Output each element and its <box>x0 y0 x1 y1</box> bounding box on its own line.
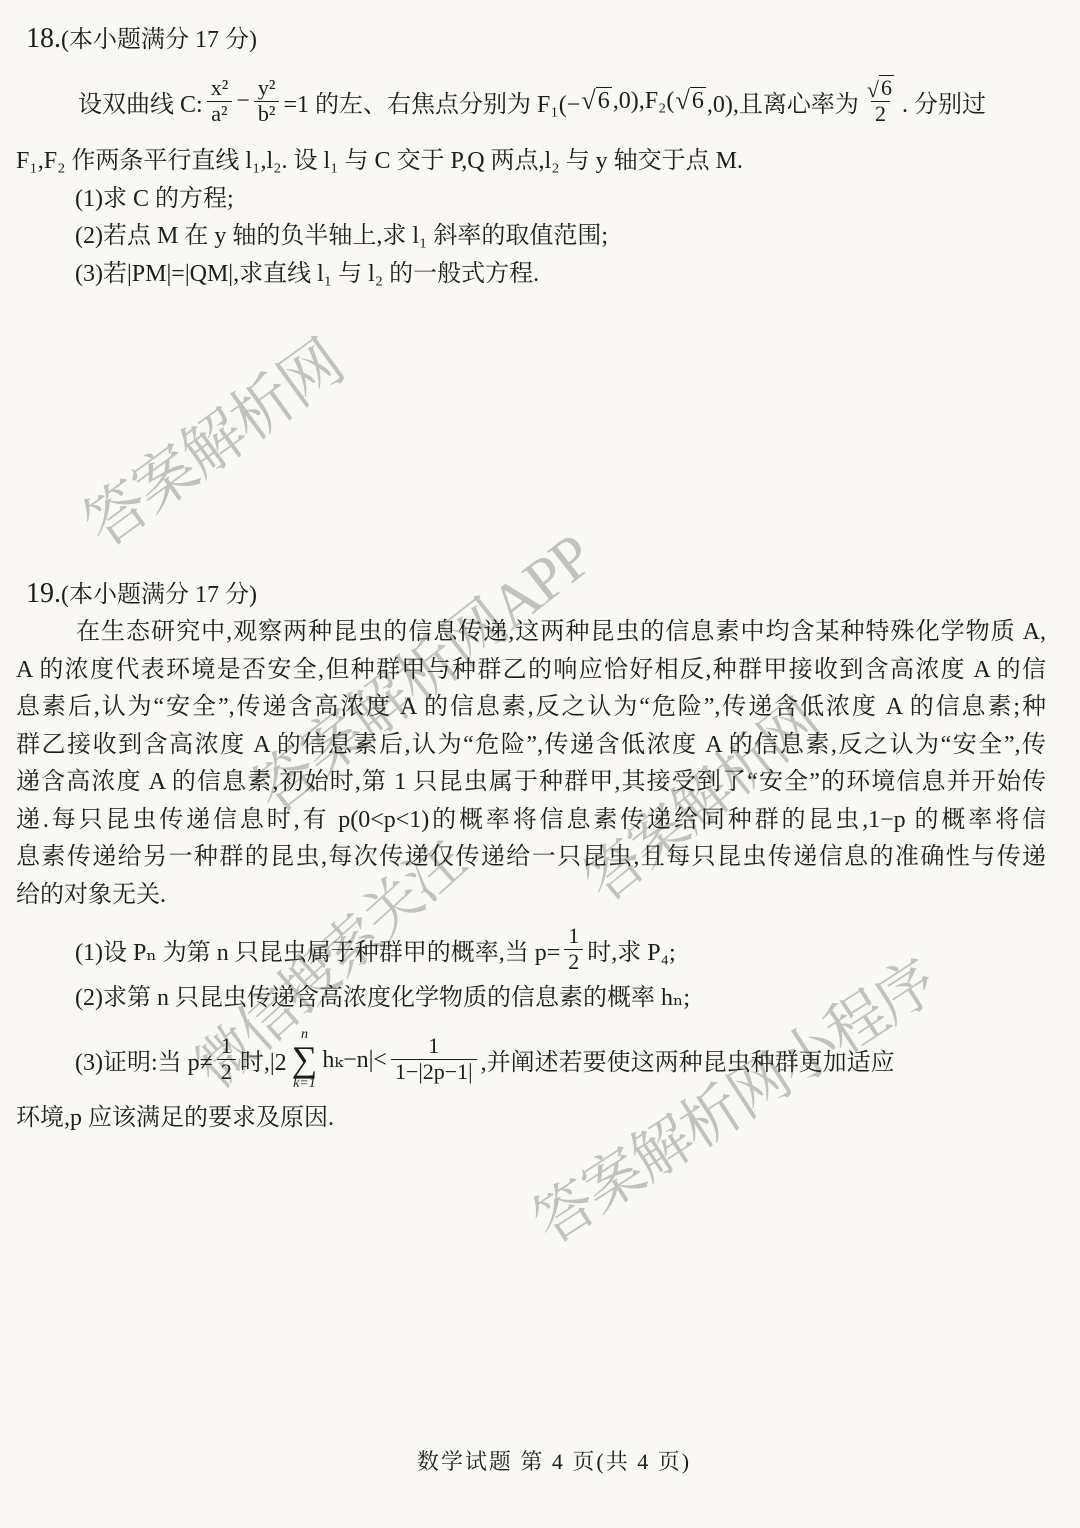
question-19-part-2: (2)求第 n 只昆虫传递含高浓度化学物质的信息素的概率 hₙ; <box>16 980 1046 1018</box>
question-score: (本小题满分 17 分) <box>61 27 257 53</box>
text-segment: ,并阐述若要使这两种昆虫种群更加适应 <box>481 1042 895 1077</box>
question-19-items: (1)设 Pₙ 为第 n 只昆虫属于种群甲的概率,当 p= 1 2 时,求 P₄… <box>16 918 1046 1137</box>
page-content: 18.(本小题满分 17 分) 设双曲线 C: x² a² − y² b² =1… <box>16 20 1046 1137</box>
paragraph-line: 递.每只昆虫传递信息时,有 p(0<p<1)的概率将信息素传递给同种群的昆虫,1… <box>16 802 1046 840</box>
question-score: (本小题满分 17 分) <box>61 582 257 608</box>
question-19: 19.(本小题满分 17 分) 在生态研究中,观察两种昆虫的信息传递,这两种昆虫… <box>16 575 1046 1137</box>
paragraph-line: 息素后,认为“安全”,传递含高浓度 A 的信息素,反之认为“危险”,传递含低浓度… <box>16 689 1046 727</box>
math-fraction-y2-b2: y² b² <box>254 76 280 126</box>
text-segment: =1 的左、右焦点分别为 F₁(− <box>283 84 580 119</box>
text-segment: (3)证明:当 p≠ <box>75 1042 213 1077</box>
question-18-part-2: (2)若点 M 在 y 轴的负半轴上,求 l₁ 斜率的取值范围; <box>16 218 1046 256</box>
paragraph-line: 群乙接收到含高浓度 A 的信息素后,认为“危险”,传递含低浓度 A 的信息素,反… <box>16 727 1046 765</box>
text-segment: ,0),F₂( <box>613 88 675 115</box>
text-segment: hₖ−n|< <box>322 1045 387 1074</box>
math-fraction-1-2: 1 2 <box>217 1034 236 1084</box>
text-segment: 时,|2 <box>240 1042 287 1077</box>
blank-space <box>16 293 1046 575</box>
math-sqrt-6: √6 <box>675 87 705 115</box>
question-19-part-3: (3)证明:当 p≠ 1 2 时,|2 n ∑ k=1 hₖ−n|< 1 1−|… <box>16 1020 1046 1100</box>
math-sqrt-6: √6 <box>581 87 611 115</box>
question-18-part-3: (3)若|PM|=|QM|,求直线 l₁ 与 l₂ 的一般式方程. <box>16 256 1046 294</box>
question-number: 19. <box>26 578 61 609</box>
question-18-part-1: (1)求 C 的方程; <box>16 181 1046 219</box>
question-18: 18.(本小题满分 17 分) 设双曲线 C: x² a² − y² b² =1… <box>16 20 1046 293</box>
exam-page: 答案解析网 答案解析网APP 答案解析网 微信搜索关注 答案解析网小程序 18.… <box>0 0 1080 1528</box>
text-segment: 设双曲线 C: <box>78 84 203 119</box>
question-18-intro-line-2: F₁,F₂ 作两条平行直线 l₁,l₂. 设 l₁ 与 C 交于 P,Q 两点,… <box>16 143 1046 181</box>
math-fraction-x2-a2: x² a² <box>207 76 233 126</box>
question-19-part-1: (1)设 Pₙ 为第 n 只昆虫属于种群甲的概率,当 p= 1 2 时,求 P₄… <box>16 918 1046 980</box>
paragraph-line: A 的浓度代表环境是否安全,但种群甲与种群乙的响应恰好相反,种群甲接收到含高浓度… <box>16 652 1046 690</box>
question-19-part-3-line-2: 环境,p 应该满足的要求及原因. <box>16 1100 1046 1138</box>
math-fraction-sqrt6-2: √6 2 <box>863 75 898 126</box>
math-fraction-inequality: 1 1−|2p−1| <box>391 1034 477 1084</box>
question-18-header: 18.(本小题满分 17 分) <box>16 20 1046 59</box>
minus-sign: − <box>236 88 250 115</box>
math-summation: n ∑ k=1 <box>292 1028 318 1090</box>
text-segment: . 分别过 <box>902 84 986 119</box>
question-18-intro-line-1: 设双曲线 C: x² a² − y² b² =1 的左、右焦点分别为 F₁(− … <box>16 59 1046 143</box>
sigma-symbol: ∑ <box>292 1042 318 1076</box>
paragraph-line: 息素传递给另一种群的昆虫,每次传递仅传递给一只昆虫,且每只昆虫传递信息的准确性与… <box>16 839 1046 877</box>
text-segment: 时,求 P₄; <box>587 932 675 967</box>
paragraph-line: 在生态研究中,观察两种昆虫的信息传递,这两种昆虫的信息素中均含某种特殊化学物质 … <box>16 614 1046 652</box>
text-segment: (1)设 Pₙ 为第 n 只昆虫属于种群甲的概率,当 p= <box>75 932 560 967</box>
question-number: 18. <box>26 23 61 54</box>
paragraph-line: 递含高浓度 A 的信息素,初始时,第 1 只昆虫属于种群甲,其接受到了“安全”的… <box>16 764 1046 802</box>
page-footer: 数学试题 第 4 页(共 4 页) <box>14 1445 1080 1476</box>
question-19-header: 19.(本小题满分 17 分) <box>16 575 1046 614</box>
text-segment: ,0),且离心率为 <box>707 84 859 119</box>
math-fraction-1-2: 1 2 <box>564 924 583 974</box>
paragraph-line: 给的对象无关. <box>16 877 1046 915</box>
